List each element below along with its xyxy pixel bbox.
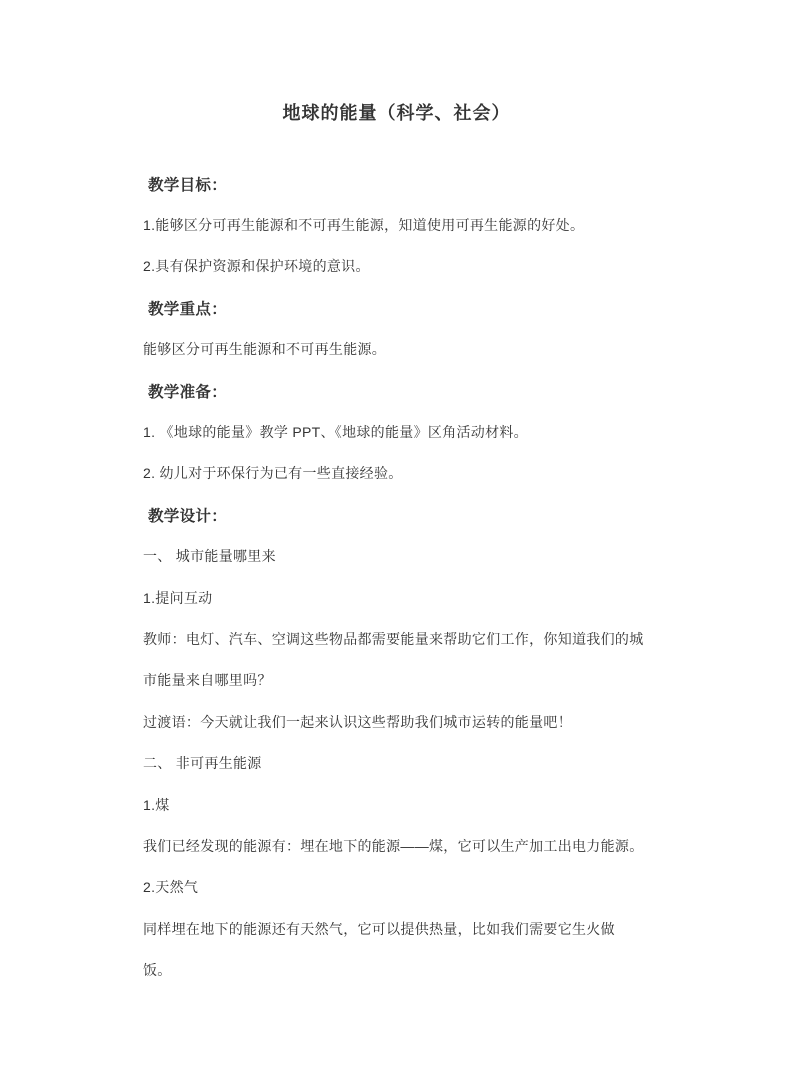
section-1-title: 一、 城市能量哪里来 <box>143 536 743 577</box>
natural-gas-description-line-2: 饭。 <box>143 949 743 990</box>
heading-teaching-objectives: 教学目标： <box>143 163 743 204</box>
objective-item-2: 2.具有保护资源和保护环境的意识。 <box>143 246 743 287</box>
section-2-title: 二、 非可再生能源 <box>143 742 743 783</box>
document-title: 地球的能量（科学、社会） <box>0 99 793 125</box>
teacher-prompt-line-1: 教师：电灯、汽车、空调这些物品都需要能量来帮助它们工作，你知道我们的城 <box>143 618 743 659</box>
item-natural-gas: 2.天然气 <box>143 867 743 908</box>
transition-line: 过渡语：今天就让我们一起来认识这些帮助我们城市运转的能量吧！ <box>143 701 743 742</box>
objective-item-1: 1.能够区分可再生能源和不可再生能源，知道使用可再生能源的好处。 <box>143 204 743 245</box>
preparation-item-2: 2. 幼儿对于环保行为已有一些直接经验。 <box>143 453 743 494</box>
heading-teaching-focus: 教学重点： <box>143 287 743 328</box>
heading-teaching-design: 教学设计： <box>143 494 743 535</box>
heading-teaching-preparation: 教学准备： <box>143 370 743 411</box>
item-coal: 1.煤 <box>143 784 743 825</box>
step-question-interaction: 1.提问互动 <box>143 577 743 618</box>
document-page: 地球的能量（科学、社会） 教学目标： 1.能够区分可再生能源和不可再生能源，知道… <box>0 0 793 1074</box>
document-body: 教学目标： 1.能够区分可再生能源和不可再生能源，知道使用可再生能源的好处。 2… <box>143 163 743 991</box>
teacher-prompt-line-2: 市能量来自哪里吗？ <box>143 660 743 701</box>
focus-text: 能够区分可再生能源和不可再生能源。 <box>143 329 743 370</box>
preparation-item-1: 1. 《地球的能量》教学 PPT、《地球的能量》区角活动材料。 <box>143 411 743 452</box>
natural-gas-description-line-1: 同样埋在地下的能源还有天然气，它可以提供热量，比如我们需要它生火做 <box>143 908 743 949</box>
coal-description: 我们已经发现的能源有：埋在地下的能源——煤，它可以生产加工出电力能源。 <box>143 825 743 866</box>
